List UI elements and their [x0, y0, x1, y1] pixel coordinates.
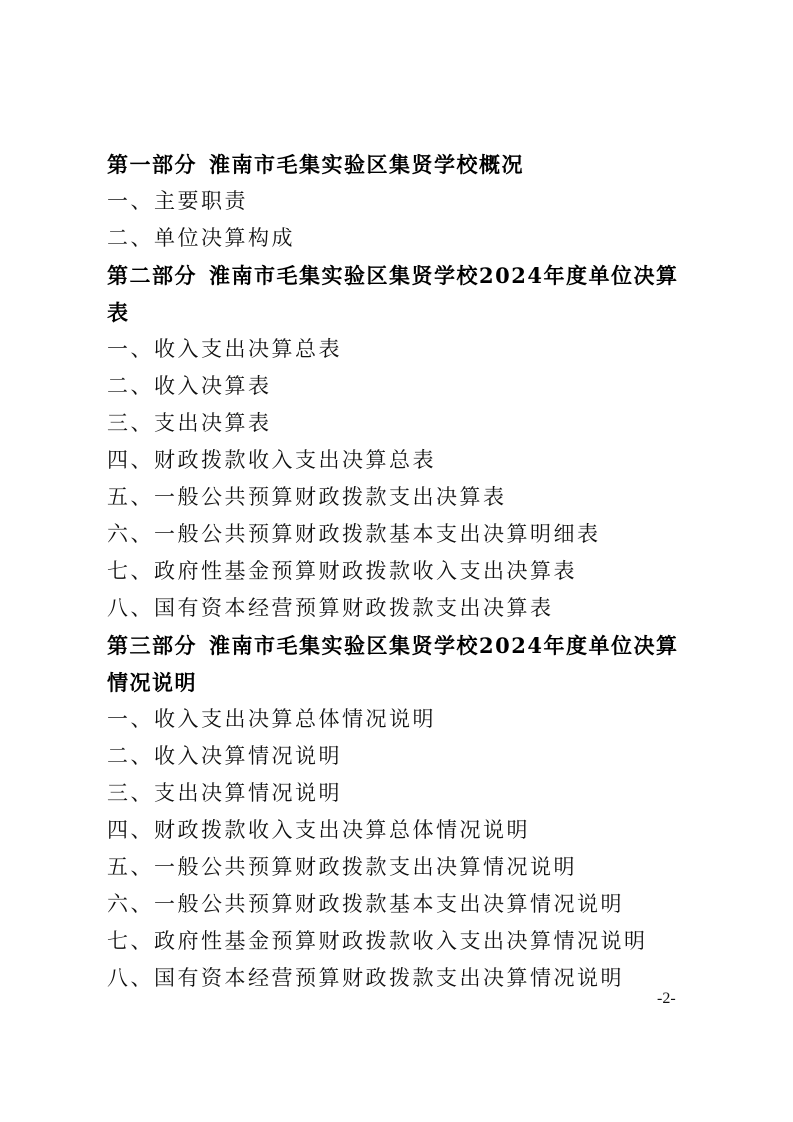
toc-item: 七、政府性基金预算财政拨款收入支出决算表	[107, 553, 697, 590]
toc-item: 三、支出决算表	[107, 405, 697, 442]
table-of-contents: 第一部分淮南市毛集实验区集贤学校概况 一、主要职责 二、单位决算构成 第二部分淮…	[107, 146, 697, 997]
part-label: 第三部分	[107, 633, 197, 658]
part-label: 第一部分	[107, 152, 197, 177]
toc-item: 八、国有资本经营预算财政拨款支出决算情况说明	[107, 960, 697, 997]
toc-item: 五、一般公共预算财政拨款支出决算情况说明	[107, 849, 697, 886]
toc-item: 二、单位决算构成	[107, 220, 697, 257]
toc-item: 七、政府性基金预算财政拨款收入支出决算情况说明	[107, 923, 697, 960]
toc-item: 一、收入支出决算总表	[107, 331, 697, 368]
toc-item: 一、主要职责	[107, 183, 697, 220]
page-number: -2-	[657, 990, 676, 1008]
part-title: 淮南市毛集实验区集贤学校概况	[209, 152, 524, 177]
toc-item: 八、国有资本经营预算财政拨款支出决算表	[107, 590, 697, 627]
part-1-heading: 第一部分淮南市毛集实验区集贤学校概况	[107, 146, 697, 183]
part-3-heading: 第三部分淮南市毛集实验区集贤学校2024年度单位决算情况说明	[107, 627, 697, 701]
part-label: 第二部分	[107, 263, 197, 288]
toc-item: 六、一般公共预算财政拨款基本支出决算明细表	[107, 516, 697, 553]
toc-item: 一、收入支出决算总体情况说明	[107, 701, 697, 738]
part-2-heading: 第二部分淮南市毛集实验区集贤学校2024年度单位决算表	[107, 257, 697, 331]
toc-item: 四、财政拨款收入支出决算总体情况说明	[107, 812, 697, 849]
toc-item: 二、收入决算情况说明	[107, 738, 697, 775]
toc-item: 五、一般公共预算财政拨款支出决算表	[107, 479, 697, 516]
toc-item: 三、支出决算情况说明	[107, 775, 697, 812]
toc-item: 四、财政拨款收入支出决算总表	[107, 442, 697, 479]
document-page: 第一部分淮南市毛集实验区集贤学校概况 一、主要职责 二、单位决算构成 第二部分淮…	[0, 0, 793, 1122]
toc-item: 二、收入决算表	[107, 368, 697, 405]
toc-item: 六、一般公共预算财政拨款基本支出决算情况说明	[107, 886, 697, 923]
